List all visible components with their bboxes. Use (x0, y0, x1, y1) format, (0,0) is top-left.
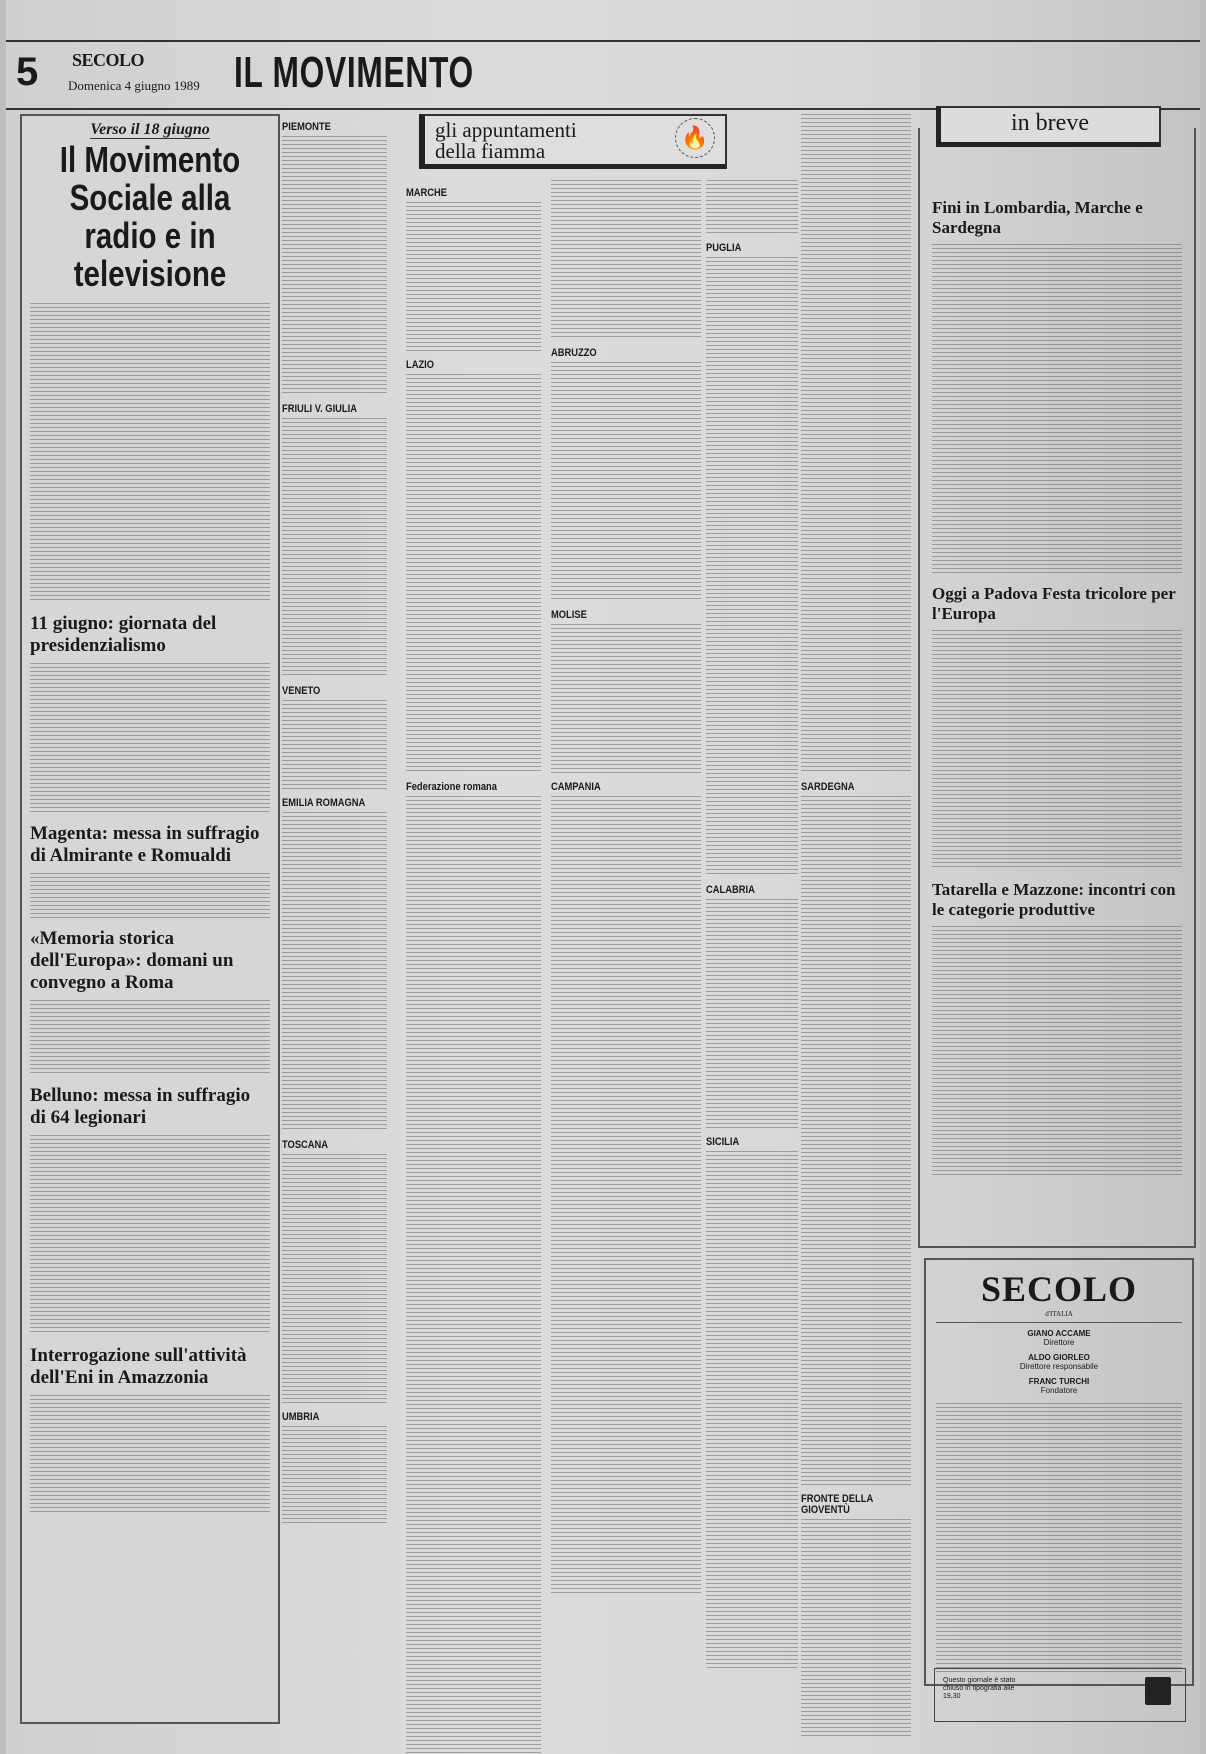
section-title: IL MOVIMENTO (234, 48, 474, 98)
brief-headline: Fini in Lombardia, Marche e Sardegna (932, 198, 1182, 238)
flame-emblem-icon: 🔥 (675, 118, 715, 158)
article-headline: 11 giugno: giornata del presidenzialismo (30, 613, 270, 657)
in-breve-column: Fini in Lombardia, Marche e Sardegna Ogg… (918, 128, 1196, 1248)
article-body (30, 1000, 270, 1075)
region-heading: Federazione romana (406, 782, 521, 793)
article-body (30, 663, 270, 813)
article-body (30, 1395, 270, 1515)
article-headline: Magenta: messa in suffragio di Almirante… (30, 823, 270, 867)
region-heading: ABRUZZO (551, 348, 679, 359)
appointments-header: gli appuntamenti della fiamma 🔥 (419, 114, 727, 169)
colophon-logo: SECOLO (936, 1268, 1182, 1310)
masthead: 5 SECOLO Domenica 4 giugno 1989 IL MOVIM… (6, 40, 1200, 110)
page-number: 5 (16, 50, 38, 95)
region-heading: FRIULI V. GIULIA (282, 404, 371, 415)
region-heading: PUGLIA (706, 243, 784, 254)
region-heading: CAMPANIA (551, 782, 679, 793)
main-article-column: Verso il 18 giugno Il Movimento Sociale … (20, 114, 280, 1724)
issue-date: Domenica 4 giugno 1989 (68, 78, 200, 94)
appointments-title: gli appuntamenti della fiamma (435, 120, 577, 162)
article-headline: «Memoria storica dell'Europa»: domani un… (30, 928, 270, 994)
region-heading: CALABRIA (706, 885, 784, 896)
main-headline: Il Movimento Sociale alla radio e in tel… (35, 141, 265, 293)
article-headline: Belluno: messa in suffragio di 64 legion… (30, 1085, 270, 1129)
region-heading: UMBRIA (282, 1412, 371, 1423)
newspaper-page: 5 SECOLO Domenica 4 giugno 1989 IL MOVIM… (6, 0, 1200, 1754)
region-heading: SARDEGNA (801, 782, 895, 793)
press-time-box: Questo giornale è stato chiuso in tipogr… (934, 1668, 1186, 1722)
brief-headline: Tatarella e Mazzone: incontri con le cat… (932, 880, 1182, 920)
colophon: SECOLO d'ITALIA GIANO ACCAME Direttore A… (924, 1258, 1194, 1686)
paper-logo: SECOLO (72, 50, 144, 71)
region-heading: MARCHE (406, 188, 521, 199)
appointments-column-2: MARCHE LAZIO Federazione romana (406, 180, 541, 1754)
region-heading: FRONTE DELLA GIOVENTÙ (801, 1494, 895, 1516)
appointments-column-3: ABRUZZO MOLISE CAMPANIA (551, 180, 701, 1596)
brief-headline: Oggi a Padova Festa tricolore per l'Euro… (932, 584, 1182, 624)
article-body (30, 303, 270, 603)
region-heading: VENETO (282, 686, 371, 697)
appointments-column-1: PIEMONTE FRIULI V. GIULIA VENETO EMILIA … (282, 114, 387, 1526)
region-heading: PIEMONTE (282, 122, 371, 133)
kicker: Verso il 18 giugno (30, 124, 270, 135)
region-heading: TOSCANA (282, 1140, 371, 1151)
region-heading: LAZIO (406, 360, 521, 371)
article-body (30, 873, 270, 918)
article-headline: Interrogazione sull'attività dell'Eni in… (30, 1345, 270, 1389)
appointments-column-4: PUGLIA CALABRIA SICILIA (706, 180, 798, 1671)
appointments-column-5: SARDEGNA FRONTE DELLA GIOVENTÙ (801, 114, 911, 1739)
region-heading: MOLISE (551, 610, 679, 621)
article-body (30, 1135, 270, 1335)
region-heading: EMILIA ROMAGNA (282, 798, 371, 809)
region-heading: SICILIA (706, 1137, 784, 1148)
in-breve-header: in breve (936, 106, 1161, 147)
printer-mark-icon (1145, 1677, 1171, 1705)
